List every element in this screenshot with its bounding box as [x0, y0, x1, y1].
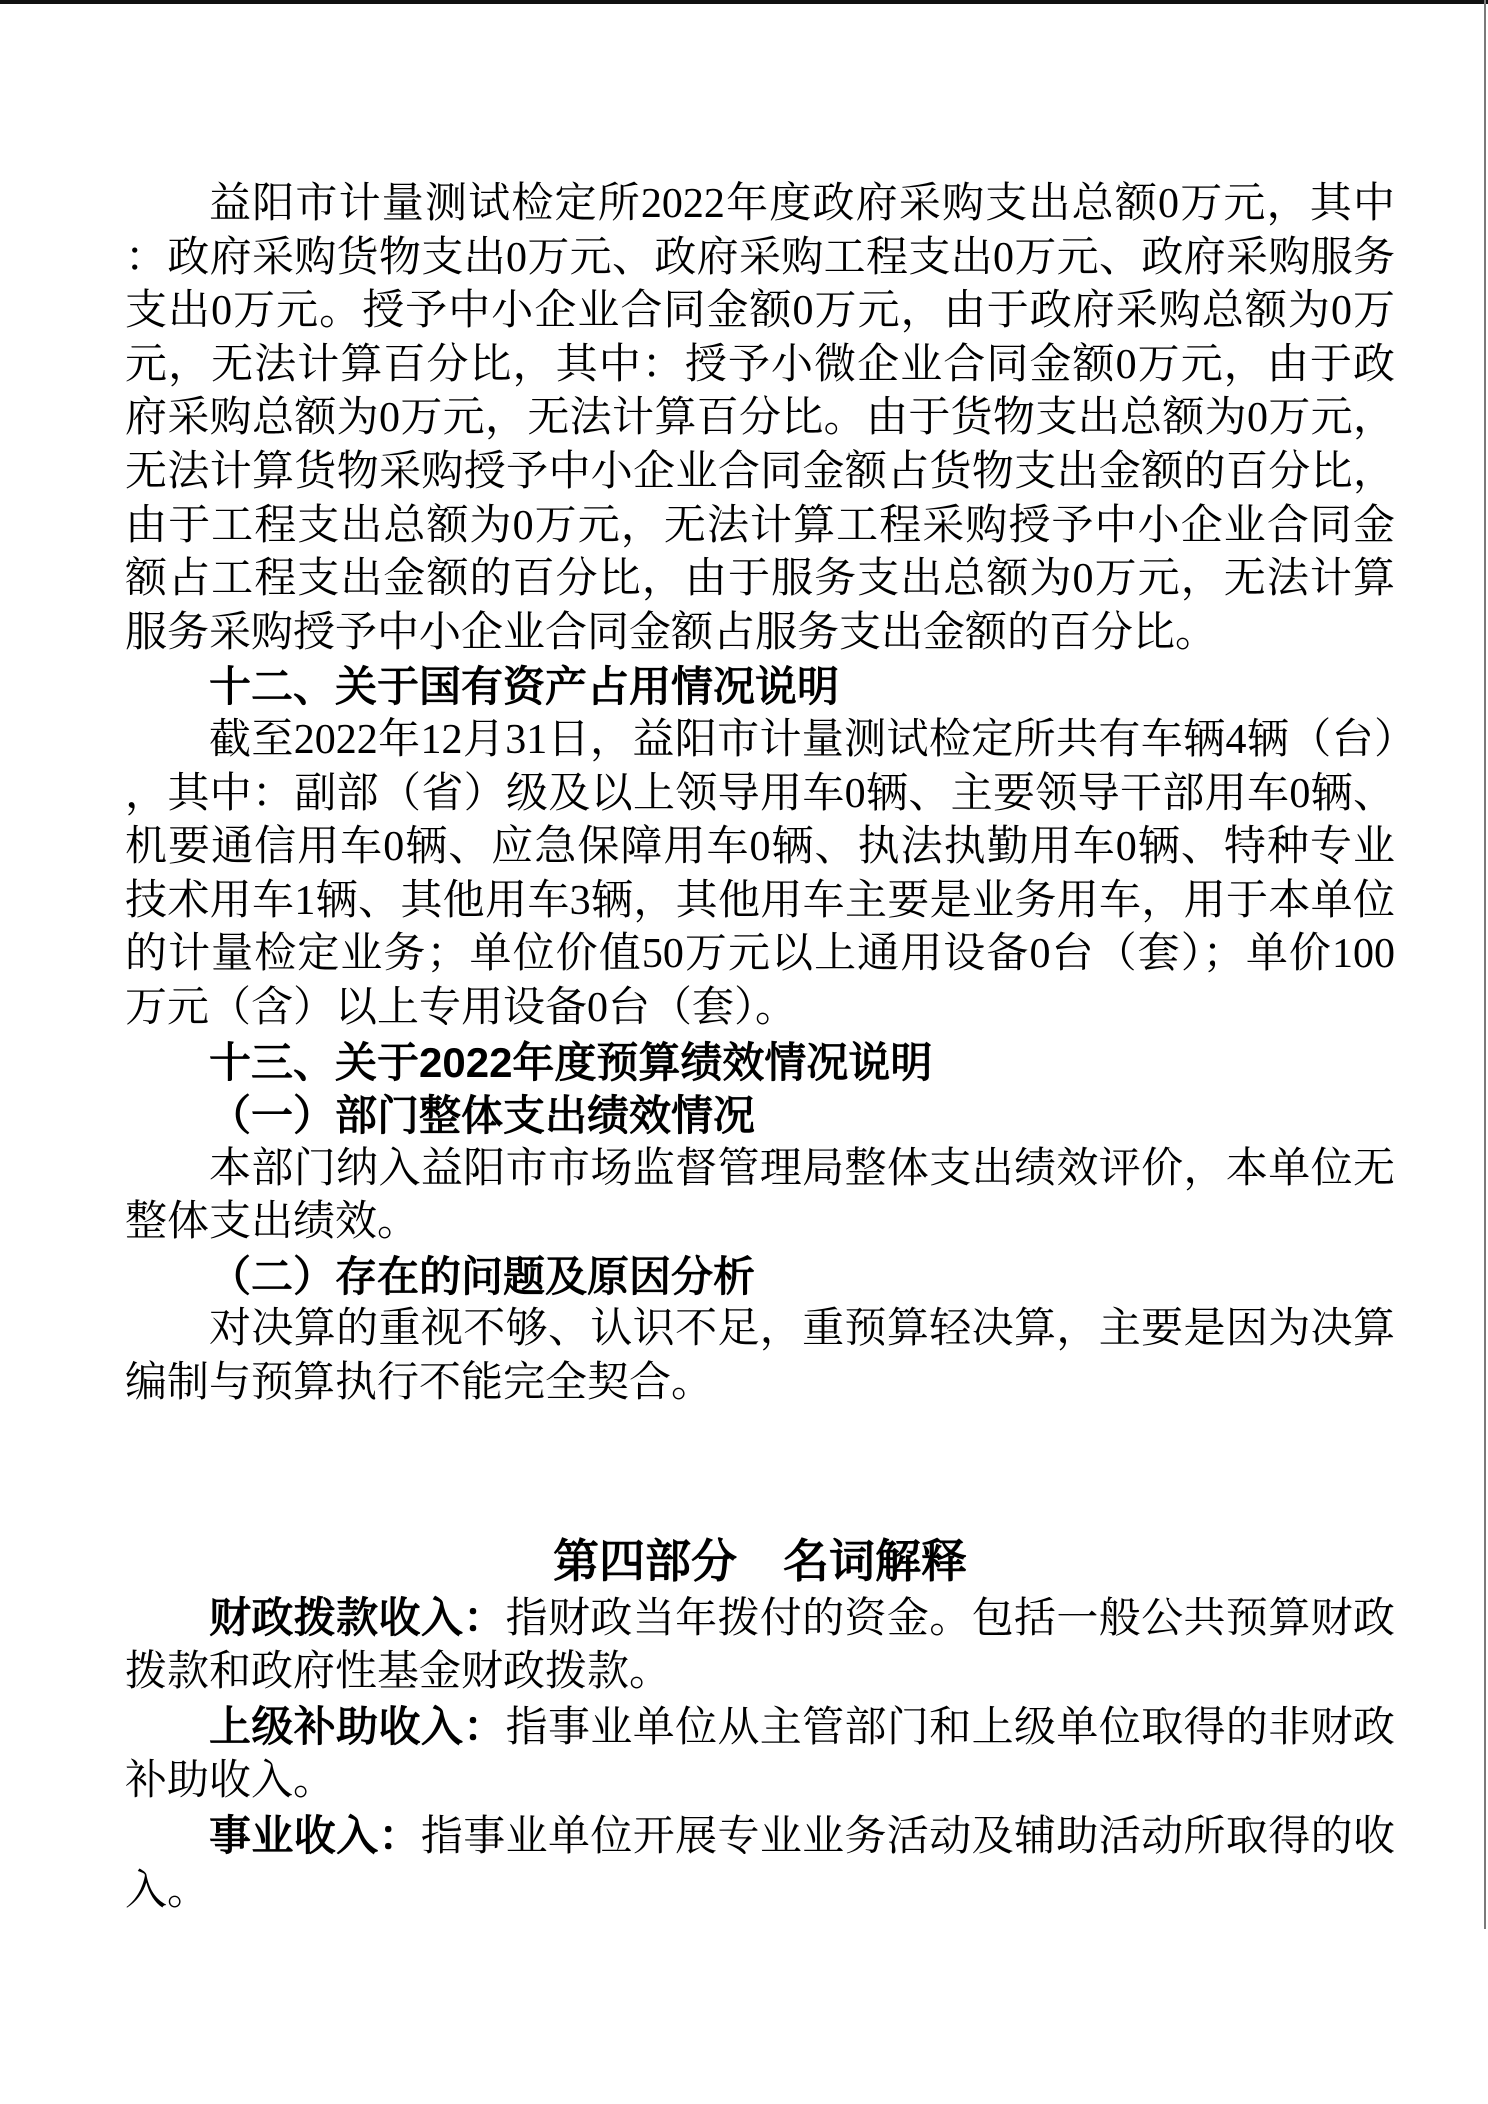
term-label: 上级补助收入： [209, 1703, 506, 1750]
part-title: 第四部分 名词解释 [125, 1531, 1395, 1591]
paragraph: 对决算的重视不够、认识不足，重预算轻决算，主要是因为决算编制与预算执行不能完全契… [125, 1303, 1395, 1410]
section-heading: （一）部门整体支出绩效情况 [125, 1089, 1395, 1143]
paragraph: 截至2022年12月31日，益阳市计量测试检定所共有车辆4辆（台），其中：副部（… [125, 714, 1395, 1036]
paragraph: 益阳市计量测试检定所2022年度政府采购支出总额0万元，其中：政府采购货物支出0… [125, 178, 1395, 660]
term-label: 事业收入： [209, 1812, 421, 1859]
section-heading: 十三、关于2022年度预算绩效情况说明 [125, 1036, 1395, 1090]
document-page: 益阳市计量测试检定所2022年度政府采购支出总额0万元，其中：政府采购货物支出0… [0, 0, 1488, 2104]
section-heading: 十二、关于国有资产占用情况说明 [125, 660, 1395, 714]
page-right-border [1484, 0, 1486, 1929]
term-paragraph: 上级补助收入：指事业单位从主管部门和上级单位取得的非财政补助收入。 [125, 1700, 1395, 1809]
term-label: 财政拨款收入： [209, 1594, 506, 1641]
page-top-border [0, 0, 1488, 4]
paragraph: 本部门纳入益阳市市场监督管理局整体支出绩效评价，本单位无整体支出绩效。 [125, 1143, 1395, 1250]
term-paragraph: 事业收入：指事业单位开展专业业务活动及辅助活动所取得的收入。 [125, 1809, 1395, 1918]
term-paragraph: 财政拨款收入：指财政当年拨付的资金。包括一般公共预算财政拨款和政府性基金财政拨款… [125, 1591, 1395, 1700]
document-content: 益阳市计量测试检定所2022年度政府采购支出总额0万元，其中：政府采购货物支出0… [125, 178, 1395, 1918]
section-heading: （二）存在的问题及原因分析 [125, 1250, 1395, 1304]
